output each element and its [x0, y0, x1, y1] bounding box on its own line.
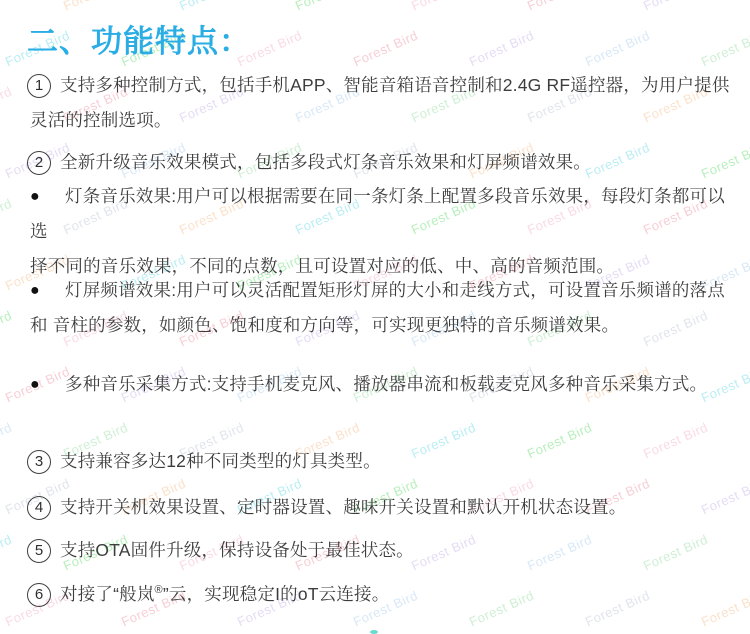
- feature-item-1-text: 支持多种控制方式，包括手机APP、智能音箱语音控制和2.4G RF遥控器，为用户…: [30, 68, 742, 138]
- bullet-item-screen-spectrum-text: 灯屏频谱效果:用户可以灵活配置矩形灯屏的大小和走线方式，可设置音乐频谱的落点 和…: [30, 273, 742, 343]
- bullet-item-strip-music-text: 灯条音乐效果:用户可以根据需要在同一条灯条上配置多段音乐效果，每段灯条都可以选 …: [30, 179, 742, 284]
- item-6-text-after: ”云，实现稳定I的oT云连接。: [163, 584, 390, 604]
- partial-bottom-element: [370, 630, 378, 634]
- document-page: Forest BirdForest BirdForest BirdForest …: [0, 0, 750, 634]
- bullet-item-music-capture-text: 多种音乐采集方式:支持手机麦克风、播放器串流和板载麦克风多种音乐采集方式。: [30, 367, 742, 402]
- feature-item-6-text: 对接了“般岚®”云，实现稳定I的oT云连接。: [30, 577, 742, 612]
- item-6-text-before: 对接了“般岚: [60, 584, 155, 604]
- document-content: 二、功能特点： 1 支持多种控制方式，包括手机APP、智能音箱语音控制和2.4G…: [0, 0, 750, 634]
- page-title: 二、功能特点：: [27, 16, 251, 61]
- feature-item-5-text: 支持OTA固件升级，保持设备处于最佳状态。: [30, 533, 742, 568]
- registered-trademark-symbol: ®: [155, 584, 163, 596]
- feature-item-4-text: 支持开关机效果设置、定时器设置、趣味开关设置和默认开机状态设置。: [30, 490, 742, 525]
- feature-item-2-text: 全新升级音乐效果模式，包括多段式灯条音乐效果和灯屏频谱效果。: [30, 145, 742, 180]
- feature-item-3-text: 支持兼容多达12种不同类型的灯具类型。: [30, 444, 742, 479]
